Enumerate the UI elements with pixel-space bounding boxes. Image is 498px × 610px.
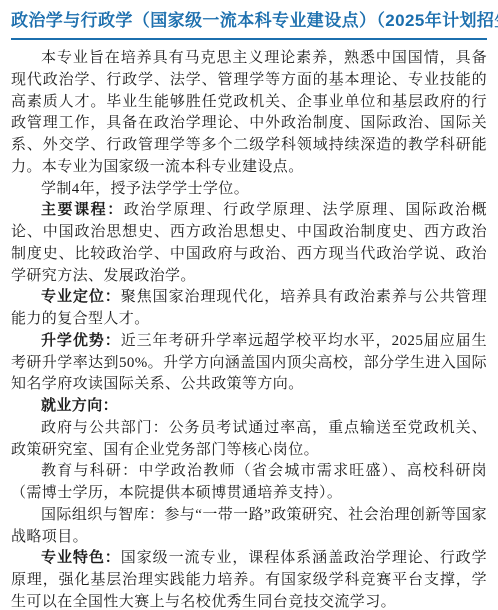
paragraph-main-courses: 主要课程：政治学原理、行政学原理、法学原理、国际政治概论、中国政治思想史、西方政… [11, 200, 487, 287]
page-title: 政治学与行政学（国家级一流本科专业建设点）（2025年计划招生40人） [11, 5, 487, 40]
paragraph-employment-heading: 就业方向： [11, 396, 487, 418]
paragraph-text: 国际组织与智库：参与“一带一路”政策研究、社会治理创新等国家战略项目。 [11, 507, 487, 545]
paragraph-duration-degree: 学制4年，授予法学学士学位。 [11, 179, 487, 201]
paragraph-features: 专业特色：国家级一流专业，课程体系涵盖政治学理论、行政学原理，强化基层治理实践能… [11, 548, 487, 610]
paragraph-advancement: 升学优势：近三年考研升学率远超学校平均水平，2025届应届生考研升学率达到50%… [11, 331, 487, 396]
paragraph-label: 主要课程： [41, 202, 124, 218]
paragraph-text: 教育与科研：中学政治教师（省会城市需求旺盛）、高校科研岗（需博士学历，本院提供本… [11, 463, 487, 501]
paragraph-government-sector: 政府与公共部门：公务员考试通过率高，重点输送至党政机关、政策研究室、国有企业党务… [11, 418, 487, 462]
paragraph-text: 本专业旨在培养具有马克思主义理论素养，熟悉中国国情，具备现代政治学、行政学、法学… [11, 50, 487, 175]
paragraph-text: 政府与公共部门：公务员考试通过率高，重点输送至党政机关、政策研究室、国有企业党务… [11, 420, 487, 458]
document-page: 政治学与行政学（国家级一流本科专业建设点）（2025年计划招生40人） 本专业旨… [0, 0, 498, 610]
paragraph-intl-org-thinktank: 国际组织与智库：参与“一带一路”政策研究、社会治理创新等国家战略项目。 [11, 505, 487, 549]
paragraph-positioning: 专业定位：聚焦国家治理现代化，培养具有政治素养与公共管理能力的复合型人才。 [11, 287, 487, 331]
paragraph-overview: 本专业旨在培养具有马克思主义理论素养，熟悉中国国情，具备现代政治学、行政学、法学… [11, 48, 487, 179]
paragraph-education-research: 教育与科研：中学政治教师（省会城市需求旺盛）、高校科研岗（需博士学历，本院提供本… [11, 461, 487, 505]
paragraph-text: 学制4年，授予法学学士学位。 [41, 181, 249, 197]
paragraph-label: 专业定位： [41, 289, 121, 305]
document-body: 本专业旨在培养具有马克思主义理论素养，熟悉中国国情，具备现代政治学、行政学、法学… [11, 48, 487, 610]
paragraph-label: 专业特色： [41, 550, 121, 566]
paragraph-label: 就业方向： [41, 398, 118, 414]
paragraph-label: 升学优势： [41, 333, 121, 349]
